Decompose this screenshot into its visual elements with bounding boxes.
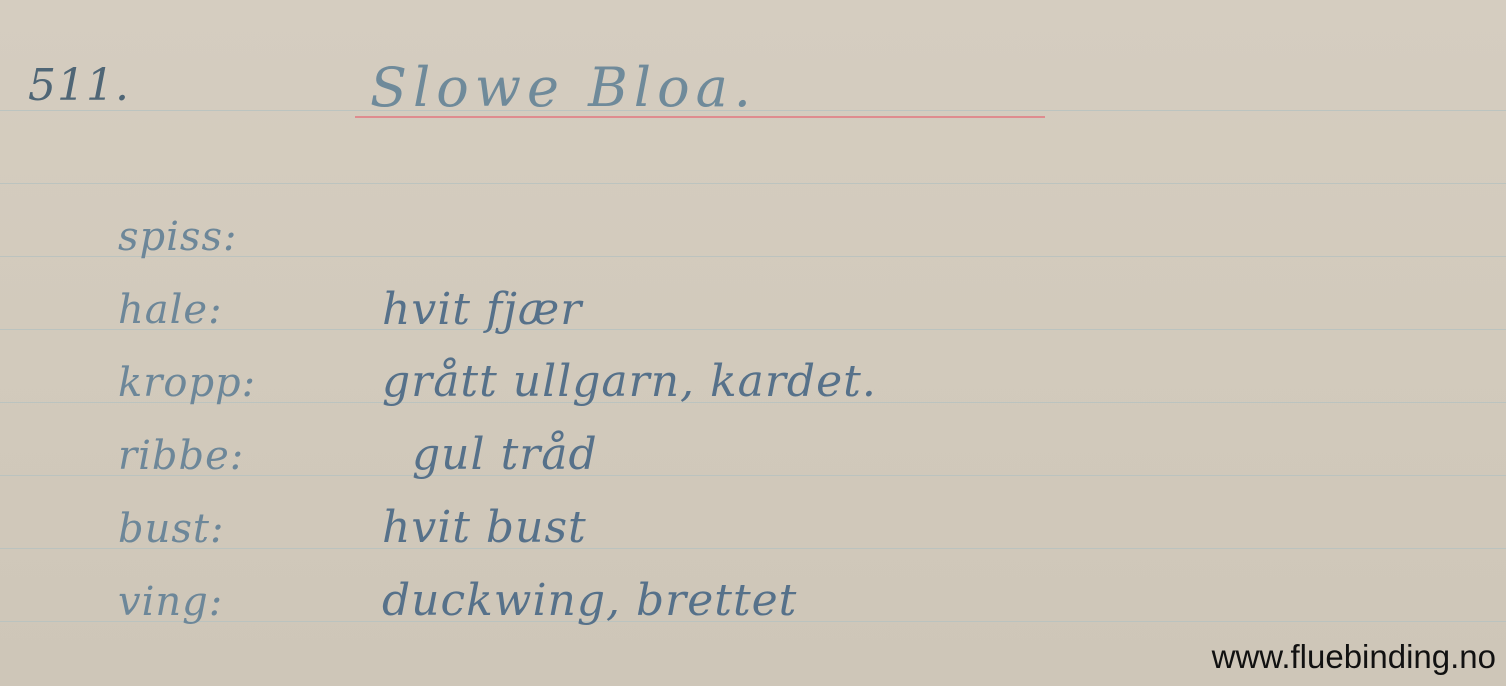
recipe-label-bust: bust: bbox=[118, 506, 224, 552]
recipe-label-spiss: spiss: bbox=[118, 214, 237, 260]
recipe-value-kropp: grått ullgarn, kardet. bbox=[382, 356, 877, 407]
recipe-label-ribbe: ribbe: bbox=[118, 433, 244, 479]
page-title: Slowe Bloa. bbox=[370, 56, 757, 119]
ruled-line bbox=[0, 548, 1506, 549]
title-underline bbox=[355, 116, 1045, 118]
ruled-line bbox=[0, 183, 1506, 184]
recipe-value-hale: hvit fjær bbox=[382, 284, 582, 335]
recipe-label-kropp: kropp: bbox=[118, 360, 256, 406]
recipe-label-hale: hale: bbox=[118, 287, 223, 333]
ruled-line bbox=[0, 329, 1506, 330]
recipe-label-ving: ving: bbox=[118, 579, 223, 625]
notebook-page: 511. Slowe Bloa. spiss: hale: hvit fjær … bbox=[0, 0, 1506, 686]
recipe-value-ving: duckwing, brettet bbox=[382, 575, 797, 626]
watermark-link: www.fluebinding.no bbox=[1212, 638, 1496, 676]
recipe-value-bust: hvit bust bbox=[382, 502, 587, 553]
entry-number: 511. bbox=[28, 60, 130, 111]
recipe-value-ribbe: gul tråd bbox=[412, 429, 598, 480]
